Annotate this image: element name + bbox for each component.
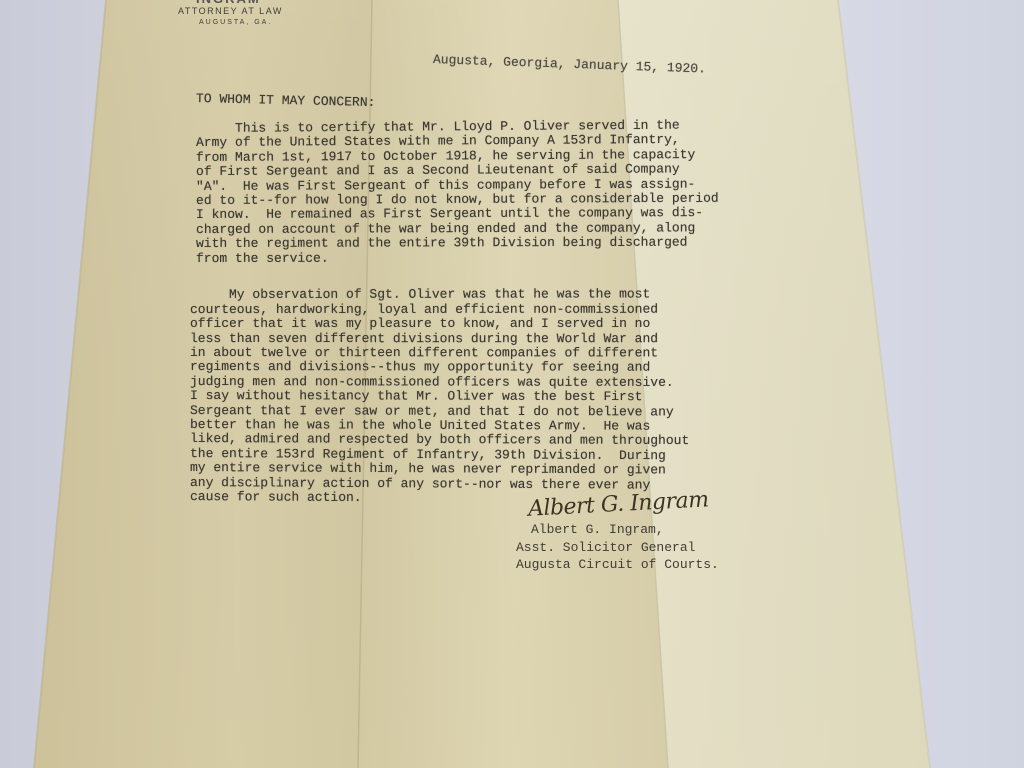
body-line: with the regiment and the entire 39th Di…	[196, 236, 688, 250]
body-line: my entire service with him, he was never…	[190, 461, 666, 476]
letterhead-title: ATTORNEY AT LAW	[178, 6, 283, 16]
body-line: I say without hesitancy that Mr. Oliver …	[190, 389, 643, 403]
body-line: Sergeant that I ever saw or met, and tha…	[190, 404, 674, 418]
body-line: courteous, hardworking, loyal and effici…	[190, 302, 658, 315]
dateline: Augusta, Georgia, January 15, 1920.	[433, 53, 706, 76]
body-line: of First Sergeant and I as a Second Lieu…	[196, 163, 680, 179]
body-line: regiments and divisions--thus my opportu…	[190, 360, 650, 374]
signature-title-2: Augusta Circuit of Courts.	[516, 557, 719, 572]
letterhead-city: AUGUSTA, GA.	[199, 19, 272, 26]
body-line: less than seven different divisions duri…	[190, 332, 658, 345]
salutation: TO WHOM IT MAY CONCERN:	[196, 92, 376, 109]
signature-typed-name: Albert G. Ingram,	[531, 522, 664, 537]
body-line: officer that it was my pleasure to know,…	[190, 317, 650, 330]
letter-content: INGRAM ATTORNEY AT LAW AUGUSTA, GA. Augu…	[0, 0, 1024, 768]
body-line: judging men and non-commissioned officer…	[190, 375, 674, 389]
body-line: I know. He remained as First Sergeant un…	[196, 206, 703, 221]
body-line: charged on account of the war being ende…	[196, 221, 695, 236]
body-line: My observation of Sgt. Oliver was that h…	[190, 288, 650, 302]
handwritten-signature: Albert G. Ingram	[527, 487, 709, 521]
body-line: liked, admired and respected by both off…	[190, 432, 689, 447]
body-line: from the service.	[196, 251, 329, 264]
body-line: cause for such action.	[190, 490, 362, 504]
body-line: in about twelve or thirteen different co…	[190, 346, 658, 359]
signature-title-1: Asst. Solicitor General	[516, 540, 695, 555]
